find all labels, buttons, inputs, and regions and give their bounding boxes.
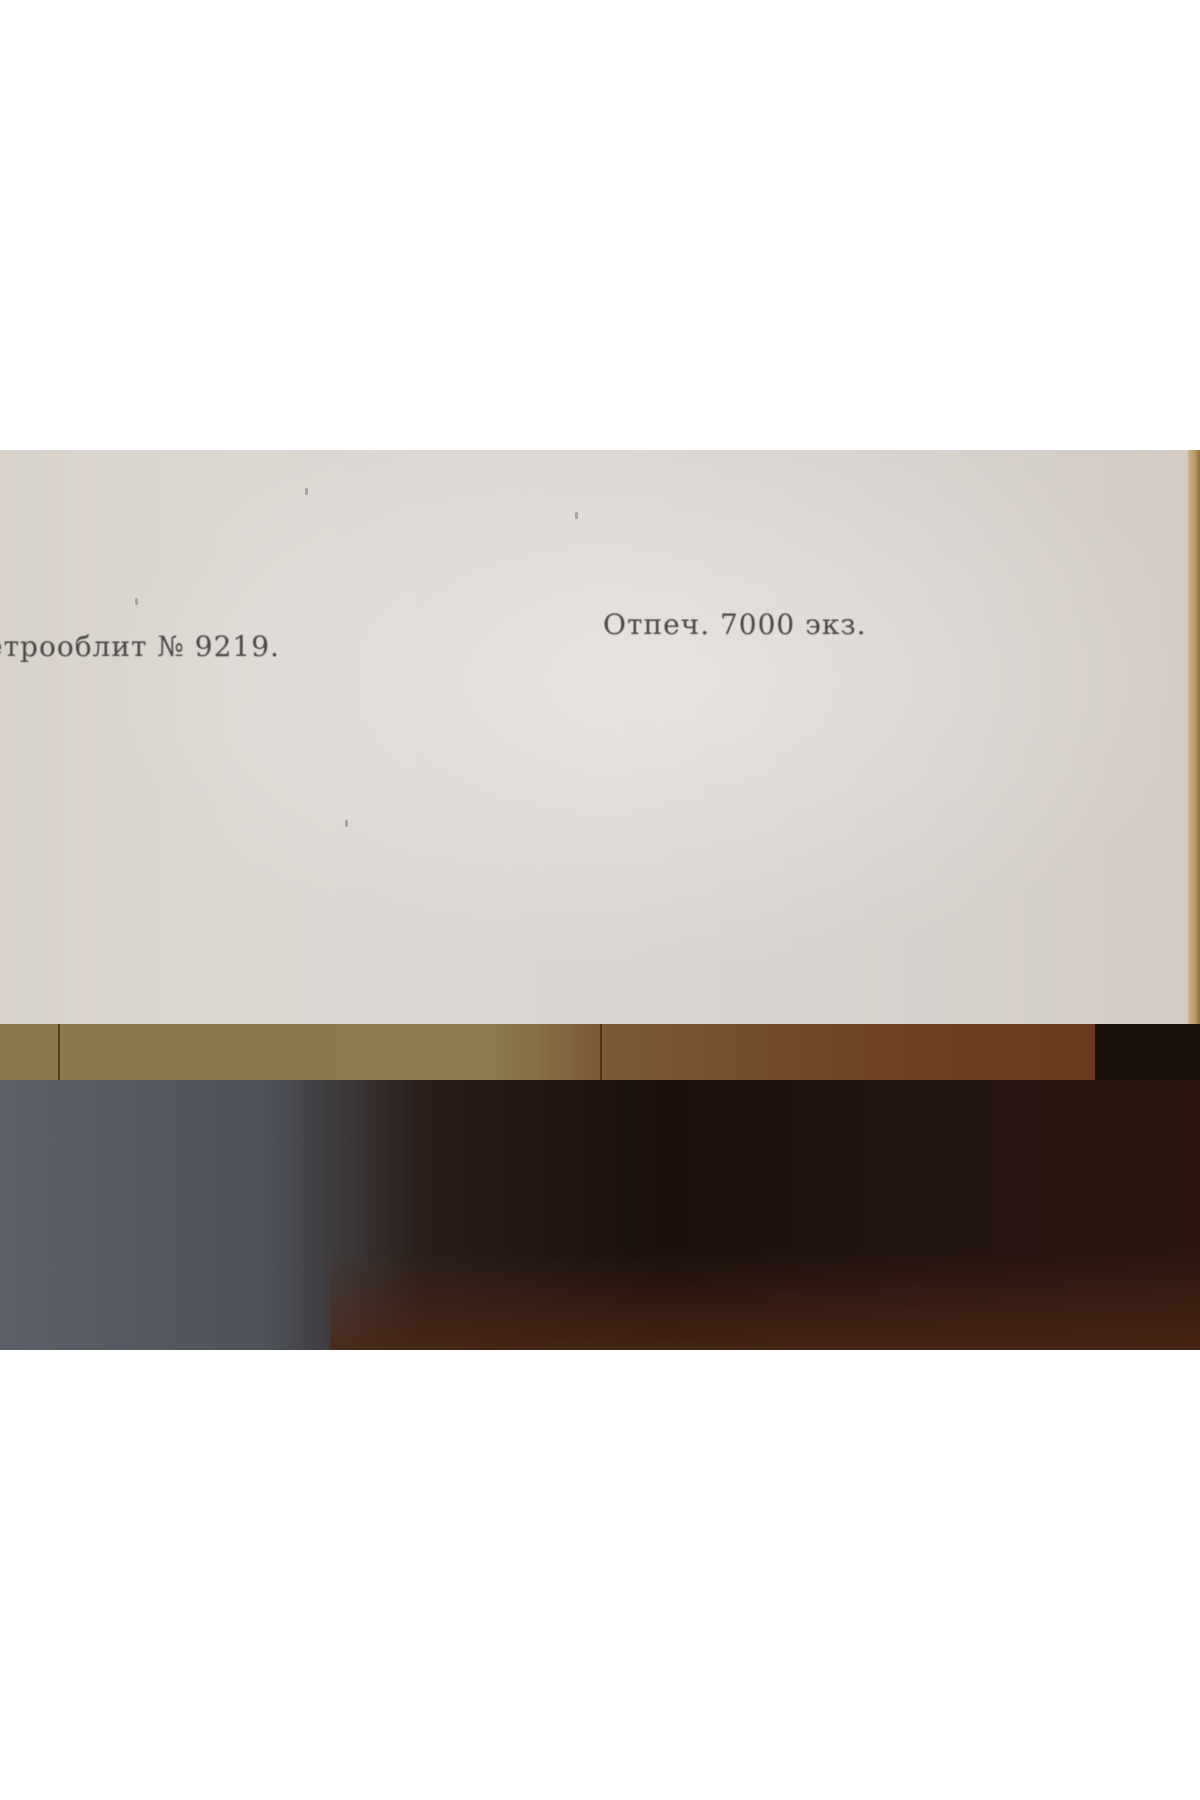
book-page: етрооблит № 9219. Отпеч. 7000 экз. [0,450,1200,1024]
spine-crease [58,1024,60,1080]
book-page-photo: етрооблит № 9219. Отпеч. 7000 экз. [0,450,1200,1350]
paper-speck [135,598,138,605]
paper-speck [345,820,348,827]
printer-imprint-text: етрооблит № 9219. [0,630,280,663]
print-run-text: Отпеч. 7000 экз. [603,608,867,641]
spine-crease [600,1024,602,1080]
spine-shadow [1095,1024,1200,1080]
page-gilt-edge [1188,450,1200,1024]
book-spine-strip [0,1024,1095,1080]
paper-speck [575,512,578,519]
wood-grain-highlight [330,1250,1200,1350]
paper-speck [305,488,308,495]
